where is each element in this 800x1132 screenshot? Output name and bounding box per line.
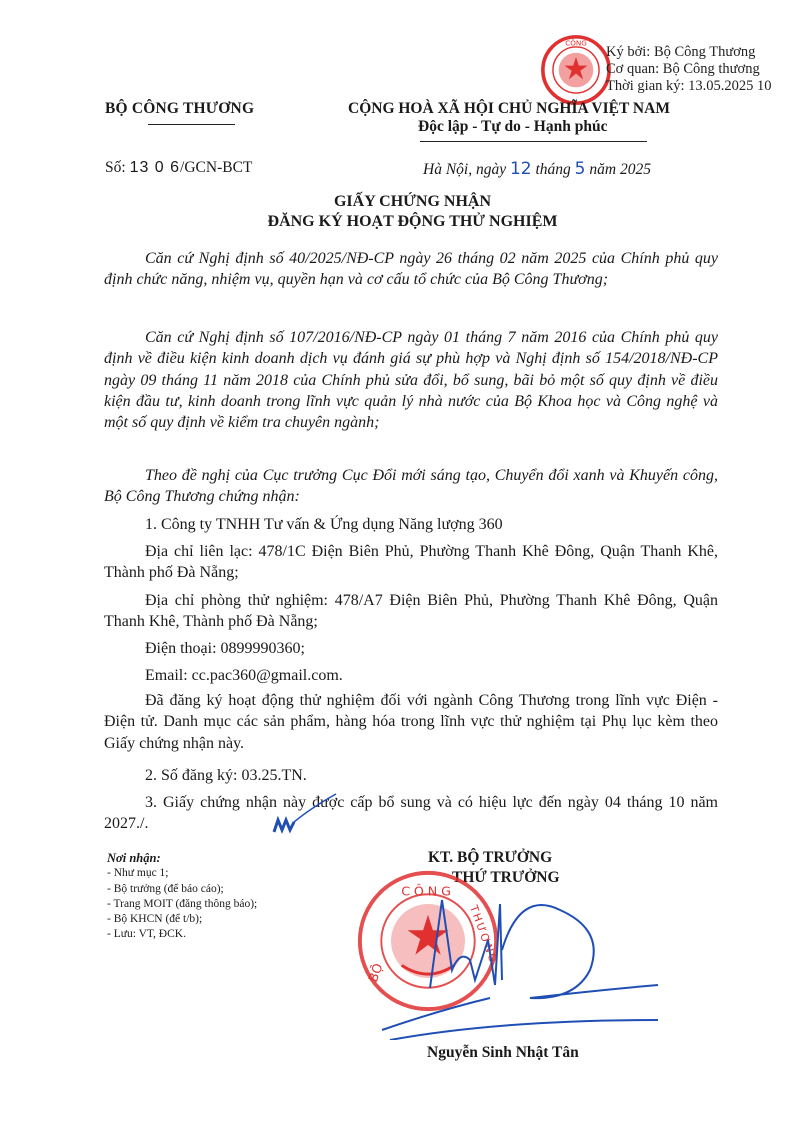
title-line-1: GIẤY CHỨNG NHẬN xyxy=(334,193,491,210)
document-number: Số: 13 0 6/GCN-BCT xyxy=(105,159,252,177)
initial-mark-icon xyxy=(266,790,346,840)
national-motto: Độc lập - Tự do - Hạnh phúc xyxy=(418,118,607,136)
contact-address: Địa chỉ liên lạc: 478/1C Điện Biên Phủ, … xyxy=(104,541,718,584)
handwritten-day: 12 xyxy=(510,159,532,179)
agency-underline xyxy=(148,124,235,125)
doc-number-label: Số: xyxy=(105,159,130,176)
year-label: năm 2025 xyxy=(586,161,651,178)
document-subtitle: ĐĂNG KÝ HOẠT ĐỘNG THỬ NGHIỆM xyxy=(0,213,800,231)
item-2-registration-number: 2. Số đăng ký: 03.25.TN. xyxy=(104,765,718,786)
phone: Điện thoại: 0899990360; xyxy=(104,638,718,659)
recipient-item: - Bộ trưởng (để báo cáo); xyxy=(107,882,257,897)
item-1-company: 1. Công ty TNHH Tư vấn & Ứng dụng Năng l… xyxy=(104,514,718,535)
signing-organization: Cơ quan: Bộ Công thương xyxy=(606,61,772,78)
handwritten-month: 5 xyxy=(575,159,586,179)
place-label: Hà Nội, ngày xyxy=(423,161,510,178)
recipient-item: - Lưu: VT, ĐCK. xyxy=(107,927,257,942)
document-title: GIẤY CHỨNG NHẬN xyxy=(0,193,800,211)
handwritten-signature-icon xyxy=(380,890,660,1040)
place-and-date: Hà Nội, ngày 12 tháng 5 năm 2025 xyxy=(423,159,651,179)
doc-number-value: 13 0 6 xyxy=(130,159,180,176)
registration-scope: Đã đăng ký hoạt động thử nghiệm đối với … xyxy=(104,690,718,754)
national-title: CỘNG HOÀ XÃ HỘI CHỦ NGHĨA VIỆT NAM xyxy=(348,100,670,118)
signed-time: Thời gian ký: 13.05.2025 10 xyxy=(606,78,772,95)
issuing-agency: BỘ CÔNG THƯƠNG xyxy=(105,100,254,118)
title-line-2: ĐĂNG KÝ HOẠT ĐỘNG THỬ NGHIỆM xyxy=(268,213,558,230)
signer-name: Nguyễn Sinh Nhật Tân xyxy=(427,1044,579,1062)
month-label: tháng xyxy=(532,161,575,178)
proposal-paragraph: Theo đề nghị của Cục trưởng Cục Đổi mới … xyxy=(104,465,718,508)
item-3-validity: 3. Giấy chứng nhận này được cấp bổ sung … xyxy=(104,792,718,835)
legal-basis-2: Căn cứ Nghị định số 107/2016/NĐ-CP ngày … xyxy=(104,327,718,433)
doc-number-suffix: /GCN-BCT xyxy=(180,159,252,176)
motto-underline xyxy=(420,141,647,142)
recipient-item: - Trang MOIT (đăng thông báo); xyxy=(107,897,257,912)
legal-basis-1: Căn cứ Nghị định số 40/2025/NĐ-CP ngày 2… xyxy=(104,248,718,291)
digital-signature-info: Ký bởi: Bộ Công Thương Cơ quan: Bộ Công … xyxy=(606,44,772,95)
recipients-heading: Nơi nhận: xyxy=(107,851,257,866)
digital-signature-seal-icon: CÔNG xyxy=(540,34,612,106)
on-behalf-label: KT. BỘ TRƯỞNG xyxy=(428,849,552,867)
lab-address: Địa chỉ phòng thử nghiệm: 478/A7 Điện Bi… xyxy=(104,590,718,633)
svg-text:CÔNG: CÔNG xyxy=(565,39,587,48)
recipient-item: - Như mục 1; xyxy=(107,866,257,881)
email: Email: cc.pac360@gmail.com. xyxy=(104,665,718,686)
signed-by: Ký bởi: Bộ Công Thương xyxy=(606,44,772,61)
recipient-item: - Bộ KHCN (để t/b); xyxy=(107,912,257,927)
recipients-list: Nơi nhận: - Như mục 1; - Bộ trưởng (để b… xyxy=(107,851,257,943)
